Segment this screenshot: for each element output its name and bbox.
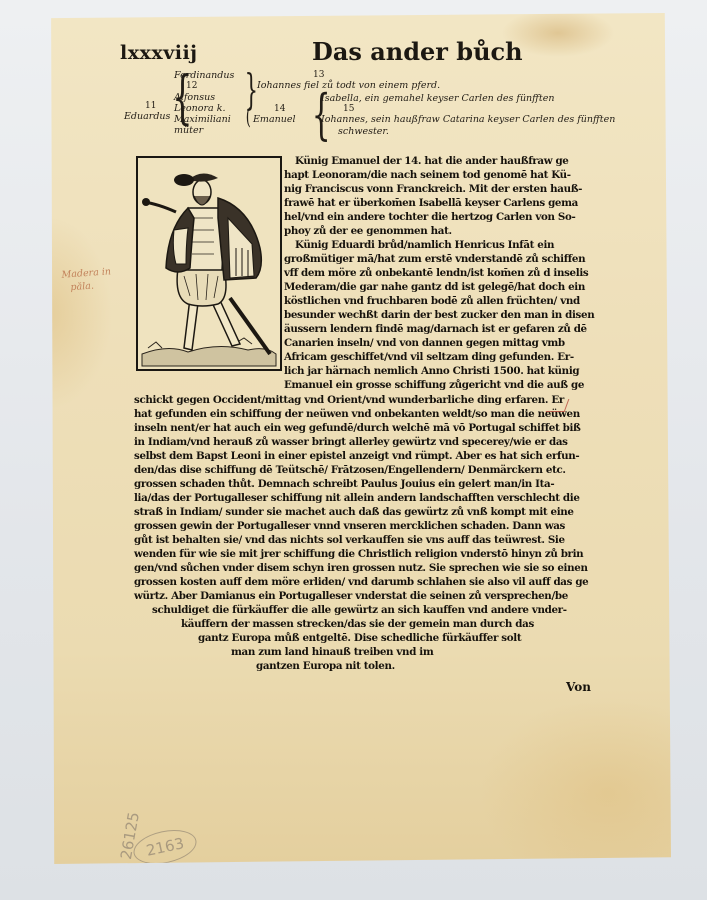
text-line: gantz Europa můß entgeltē. Dise schedlic… bbox=[198, 632, 521, 644]
generation-15-line: Isabella, ein gemahel keyser Carlen des … bbox=[321, 93, 554, 104]
brace-icon: ( bbox=[246, 107, 251, 129]
text-line: Künig Eduardi brůd/namlich Henricus Infā… bbox=[295, 239, 554, 251]
text-line: gantzen Europa nit tolen. bbox=[256, 660, 395, 672]
text-line: würtz. Aber Damianus ein Portugalleser v… bbox=[134, 590, 568, 602]
catchword: Von bbox=[566, 680, 591, 694]
text-line: man zum land hinauß treiben vnd im bbox=[231, 646, 433, 658]
text-line: selbst dem Bapst Leoni in einer epistel … bbox=[134, 450, 579, 462]
margin-annotation: Madera in păla. bbox=[61, 265, 112, 294]
text-line: Emanuel ein grosse schiffung zůgericht v… bbox=[284, 379, 584, 391]
generation-12-child: Leonora k. bbox=[174, 103, 226, 114]
text-line: schuldiget die fürkäuffer die alle gewür… bbox=[152, 604, 567, 616]
text-line: Canarien inseln/ vnd von dannen gegen mi… bbox=[284, 337, 565, 349]
running-head: Das ander bůch bbox=[312, 37, 523, 66]
text-line: lia/das der Portugalleser schiffung nit … bbox=[134, 492, 580, 504]
generation-12-child: Ferdinandus bbox=[174, 70, 234, 81]
generation-15-line: schwester. bbox=[338, 126, 389, 137]
book-leaf: lxxxviij Das ander bůch 11 Eduardus { Fe… bbox=[48, 13, 671, 864]
generation-15-number: 15 bbox=[343, 104, 354, 114]
nobleman-figure-icon bbox=[138, 158, 280, 369]
generation-14-number: 14 bbox=[274, 104, 285, 114]
text-line: äussern lendern findē mag/darnach ist er… bbox=[284, 323, 587, 335]
generation-11-number: 11 bbox=[145, 101, 156, 111]
text-line: Africam geschiffet/vnd vil seltzam ding … bbox=[284, 351, 574, 363]
text-line: Künig Emanuel der 14. hat die ander hauß… bbox=[295, 155, 569, 167]
generation-12-child: Maximiliani bbox=[174, 114, 231, 125]
text-line: den/das dise schiffung dē Teütschē/ Frāt… bbox=[134, 464, 566, 476]
text-line: großmütiger mā/hat zum erstē vnderstandē… bbox=[284, 253, 585, 265]
text-line: phoy zů der ee genommen hat. bbox=[284, 225, 452, 237]
text-line: grossen kosten auff dem möre erliden/ vn… bbox=[134, 576, 588, 588]
generation-15-line: Iohannes, sein haußfraw Catarina keyser … bbox=[321, 114, 615, 125]
text-line: hat gefunden ein schiffung der neüwen vn… bbox=[134, 408, 580, 420]
text-line: inseln nent/er hat auch ein weg gefundē/… bbox=[134, 422, 581, 434]
text-line: wenden für wie sie mit jrer schiffung di… bbox=[134, 548, 583, 560]
text-line: hapt Leonoram/die nach seinem tod genomē… bbox=[284, 169, 571, 181]
text-line: gůt ist behalten sie/ vnd das nichts sol… bbox=[134, 534, 565, 546]
text-line: grossen schaden thůt. Demnach schreibt P… bbox=[134, 478, 554, 490]
folio-number: lxxxviij bbox=[120, 42, 198, 64]
text-line: nig Franciscus vonn Franckreich. Mit der… bbox=[284, 183, 582, 195]
text-line: hel/vnd ein andere tochter die hertzog C… bbox=[284, 211, 575, 223]
margin-annotation-line: păla. bbox=[62, 278, 112, 294]
text-line: Mederam/die gar nahe gantz dd ist gelegē… bbox=[284, 281, 585, 293]
brace-icon: { bbox=[172, 68, 192, 126]
text-line: köstlichen vnd fruchbaren bodē zů allen … bbox=[284, 295, 580, 307]
text-line: gen/vnd sůchen vnder disem schyn iren gr… bbox=[134, 562, 588, 574]
text-line: käuffern der massen strecken/das sie der… bbox=[181, 618, 534, 630]
text-line: lich jar härnach nemlich Anno Christi 15… bbox=[284, 365, 579, 377]
text-line: schickt gegen Occident/mittag vnd Orient… bbox=[134, 394, 564, 406]
text-line: frawē hat er überkom̄en Isabellā keyser … bbox=[284, 197, 578, 209]
text-line: grossen gewin der Portugalleser vnnd vns… bbox=[134, 520, 565, 532]
woodcut-portrait bbox=[136, 156, 282, 371]
generation-12-number: 12 bbox=[186, 81, 197, 91]
generation-11-name: Eduardus bbox=[124, 111, 170, 122]
generation-13-number: 13 bbox=[313, 70, 324, 80]
brace-icon: { bbox=[245, 69, 258, 111]
generation-12-child: müter bbox=[174, 125, 203, 136]
brace-icon: { bbox=[312, 88, 331, 142]
text-line: straß in Indiam/ sunder sie machet auch … bbox=[134, 506, 574, 518]
generation-13-text: Iohannes fiel zů todt von einem pferd. bbox=[257, 80, 440, 91]
generation-14-name: Emanuel bbox=[253, 114, 296, 125]
text-line: besunder wechßt darin der best zucker de… bbox=[284, 309, 594, 321]
text-line: in Indiam/vnd herauß zů wasser bringt al… bbox=[134, 436, 568, 448]
text-line: vff dem möre zů onbekantē lendn/ist kom̄… bbox=[284, 267, 588, 279]
generation-12-child: Alfonsus bbox=[174, 92, 215, 103]
